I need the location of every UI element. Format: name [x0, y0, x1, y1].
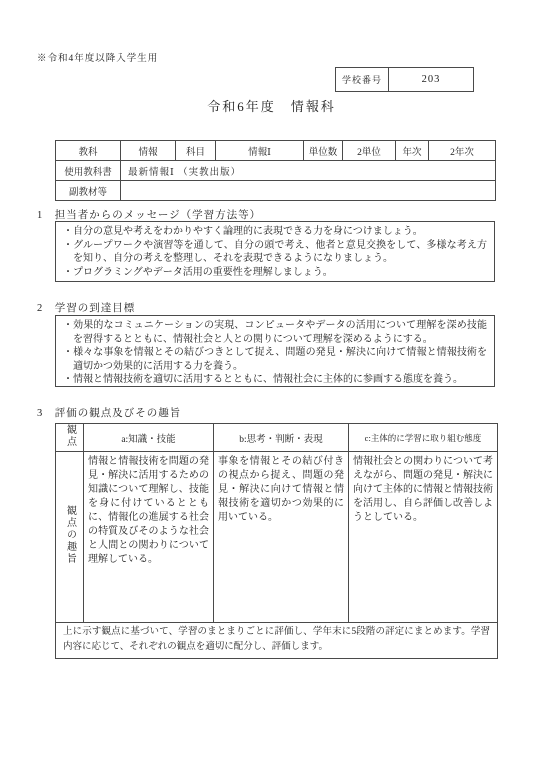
message-bullet: ・自分の意見や考えをわかりやすく論理的に表現できる力を身につけましょう。	[63, 225, 487, 239]
viewpoint-purport-text: 観点の趣旨	[65, 505, 75, 565]
thinking-judgement-cell: 事象を情報とその結び付きの視点から捉え、問題の発見・解決に向けて情報と情報技術を…	[214, 452, 349, 623]
school-number-label: 学校番号	[336, 68, 389, 91]
evaluation-header-row: 観点 a:知識・技能 b:思考・判断・表現 c:主体的に学習に取り組む態度	[56, 424, 498, 452]
evaluation-footer-note: 上に示す観点に基づいて、学習のまとまりごとに評価し、学年末に5段階の評定にまとめ…	[56, 623, 498, 659]
school-number-value: 203	[389, 68, 473, 91]
supplement-value	[121, 181, 496, 201]
teacher-message-box: ・自分の意見や考えをわかりやすく論理的に表現できる力を身につけましょう。 ・グル…	[55, 221, 495, 282]
learning-goals-list: ・効果的なコミュニケーションの実現、コンピュータやデータの活用について理解を深め…	[63, 319, 487, 387]
textbook-row: 使用教科書 最新情報Ⅰ （実教出版）	[56, 161, 496, 181]
message-bullet: ・グループワークや演習等を通して、自分の頭で考え、他者と意見交換をして、多様な考…	[63, 239, 487, 266]
viewpoint-corner-text: 観点	[65, 424, 75, 448]
goal-bullet: ・様々な事象を情報とその結びつきとして捉え、問題の発見・解決に向けて情報と情報技…	[63, 346, 487, 373]
teacher-message-list: ・自分の意見や考えをわかりやすく論理的に表現できる力を身につけましょう。 ・グル…	[63, 225, 487, 279]
column-b-header: b:思考・判断・表現	[214, 424, 349, 452]
course-label: 科目	[176, 141, 216, 161]
column-c-header: c:主体的に学習に取り組む態度	[349, 424, 498, 452]
evaluation-table: 観点 a:知識・技能 b:思考・判断・表現 c:主体的に学習に取り組む態度 観点…	[55, 423, 498, 659]
credits-label: 単位数	[304, 141, 343, 161]
section-1-heading: 1 担当者からのメッセージ（学習方法等）	[37, 207, 261, 222]
goal-bullet: ・効果的なコミュニケーションの実現、コンピュータやデータの活用について理解を深め…	[63, 319, 487, 346]
course-info-table: 教科 情報 科目 情報Ⅰ 単位数 2単位 年次 2年次 使用教科書 最新情報Ⅰ …	[55, 140, 496, 201]
textbook-label: 使用教科書	[56, 161, 121, 181]
credits-value: 2単位	[343, 141, 396, 161]
top-note: ※令和4年度以降入学生用	[37, 50, 158, 64]
document-page: ※令和4年度以降入学生用 学校番号 203 令和6年度 情報科 教科 情報 科目…	[0, 0, 543, 768]
evaluation-footer-row: 上に示す観点に基づいて、学習のまとまりごとに評価し、学年末に5段階の評定にまとめ…	[56, 623, 498, 659]
viewpoint-purport-label: 観点の趣旨	[56, 452, 84, 623]
viewpoint-corner-label: 観点	[56, 424, 84, 452]
textbook-value: 最新情報Ⅰ （実教出版）	[121, 161, 496, 181]
document-title: 令和6年度 情報科	[0, 96, 543, 115]
section-3-heading: 3 評価の観点及びその趣旨	[37, 405, 181, 420]
subject-label: 教科	[56, 141, 121, 161]
goal-bullet: ・情報と情報技術を適切に活用するとともに、情報社会に主体的に参画する態度を養う。	[63, 373, 487, 387]
year-label: 年次	[396, 141, 429, 161]
attitude-cell: 情報社会との関わりについて考えながら、問題の発見・解決に向けて主体的に情報と情報…	[349, 452, 498, 623]
supplement-label: 副教材等	[56, 181, 121, 201]
course-value: 情報Ⅰ	[216, 141, 304, 161]
evaluation-body-row: 観点の趣旨 情報と情報技術を問題の発見・解決に活用するための知識について理解し、…	[56, 452, 498, 623]
section-2-heading: 2 学習の到達目標	[37, 300, 135, 315]
supplement-row: 副教材等	[56, 181, 496, 201]
knowledge-skill-cell: 情報と情報技術を問題の発見・解決に活用するための知識について理解し、技能を身に付…	[84, 452, 214, 623]
school-number-box: 学校番号 203	[335, 67, 474, 92]
message-bullet: ・プログラミングやデータ活用の重要性を理解しましょう。	[63, 266, 487, 280]
column-a-header: a:知識・技能	[84, 424, 214, 452]
subject-value: 情報	[121, 141, 176, 161]
course-info-row: 教科 情報 科目 情報Ⅰ 単位数 2単位 年次 2年次	[56, 141, 496, 161]
learning-goals-box: ・効果的なコミュニケーションの実現、コンピュータやデータの活用について理解を深め…	[55, 315, 495, 387]
year-value: 2年次	[429, 141, 496, 161]
